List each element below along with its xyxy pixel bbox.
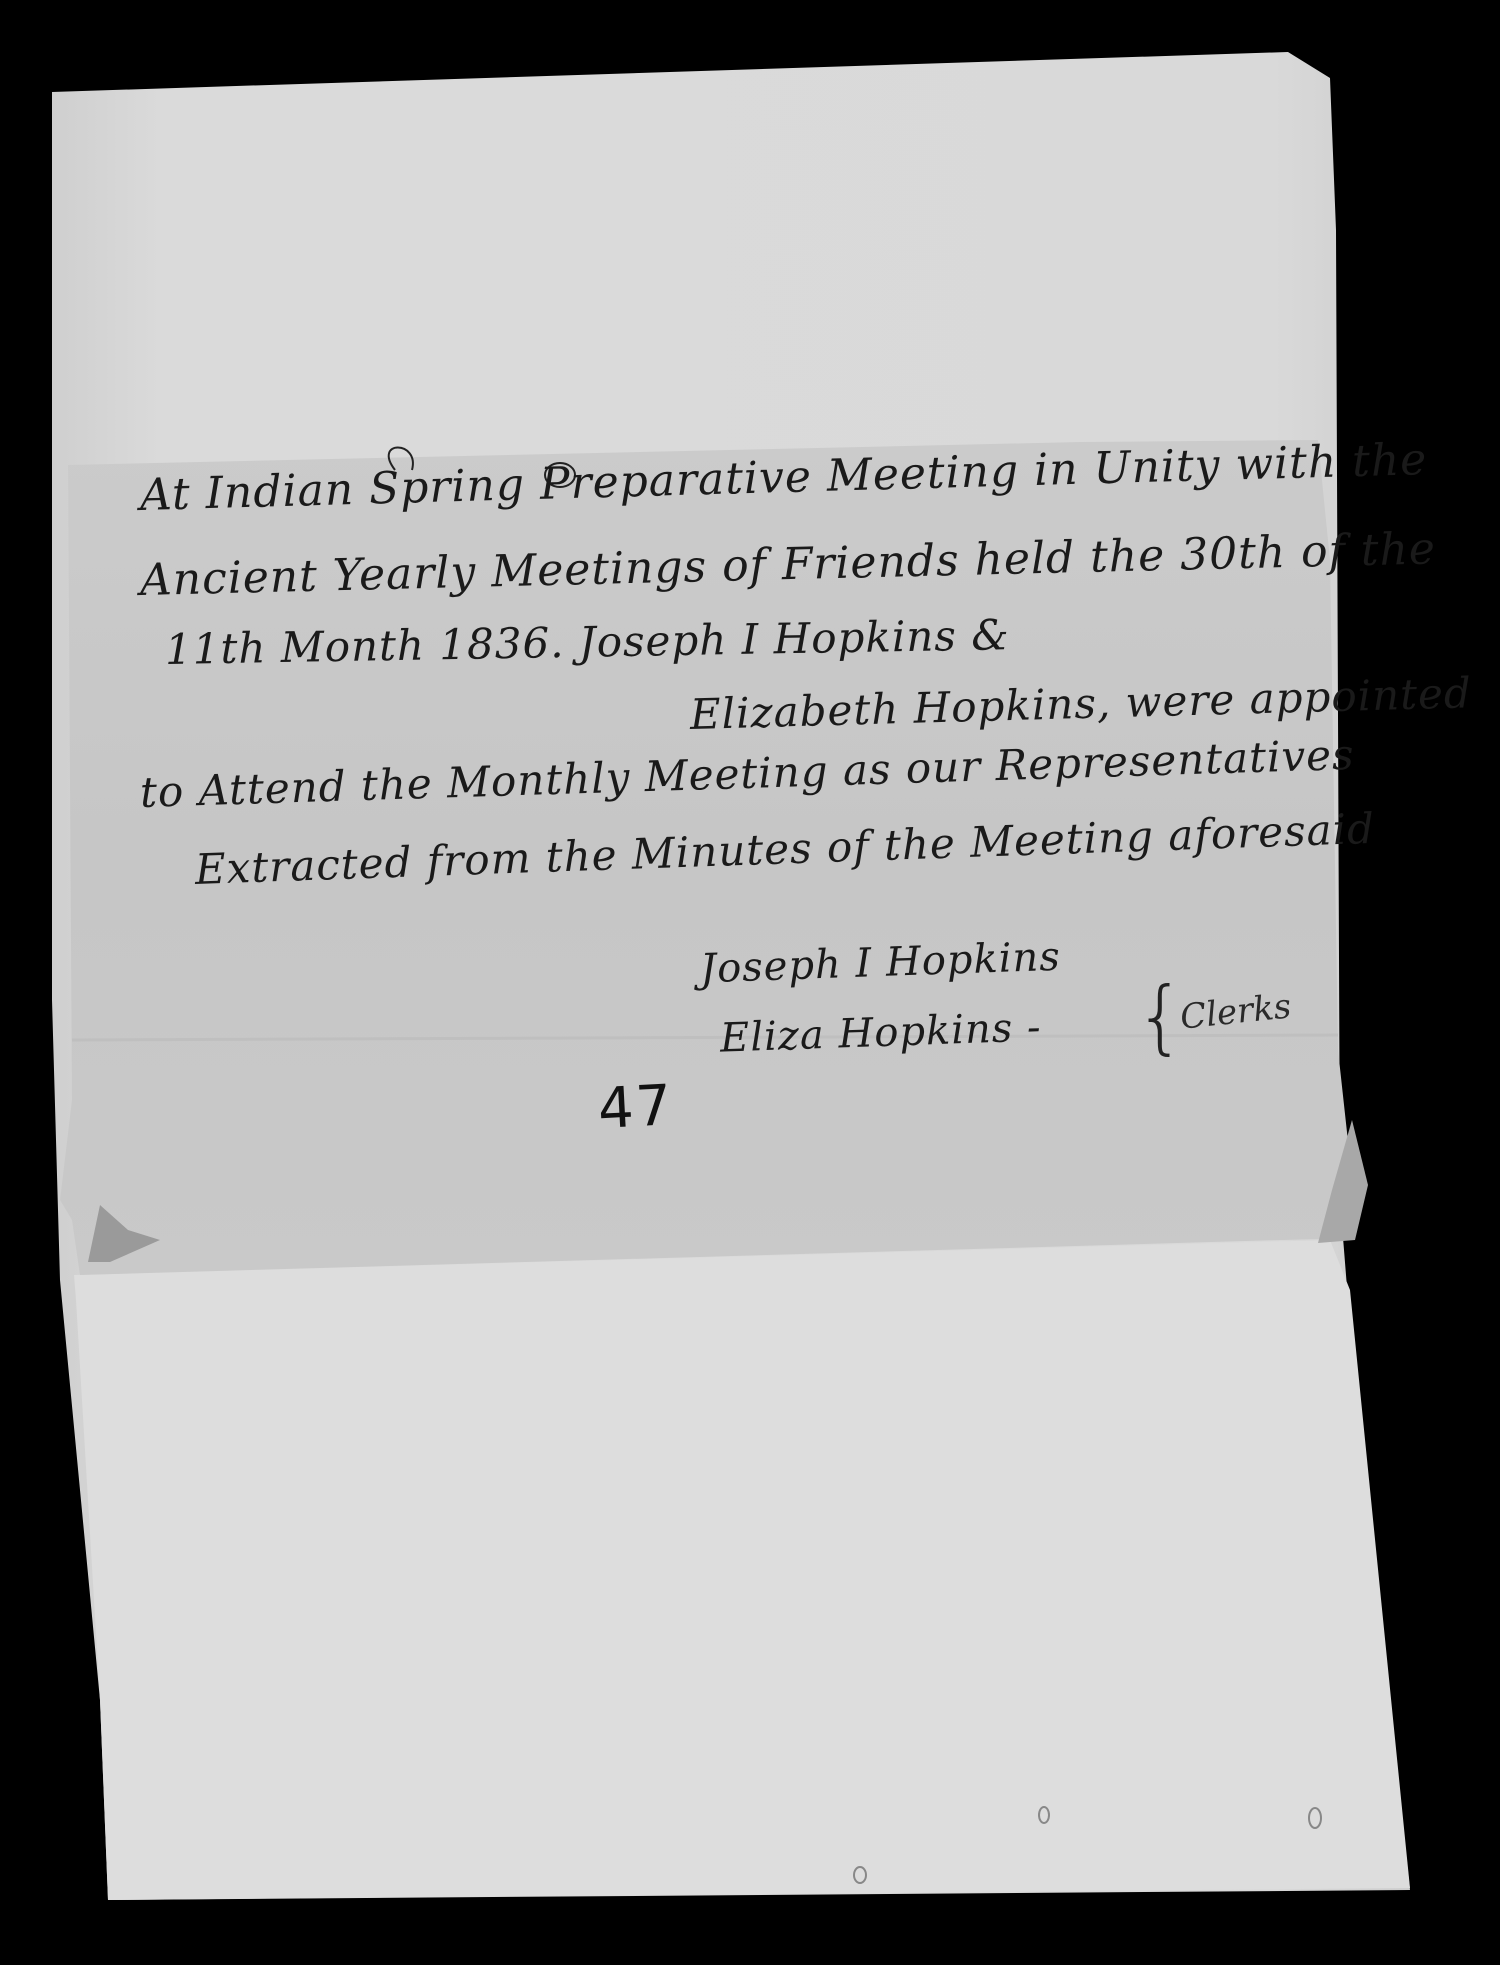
backing-paper-sheet: [0, 0, 1500, 1965]
